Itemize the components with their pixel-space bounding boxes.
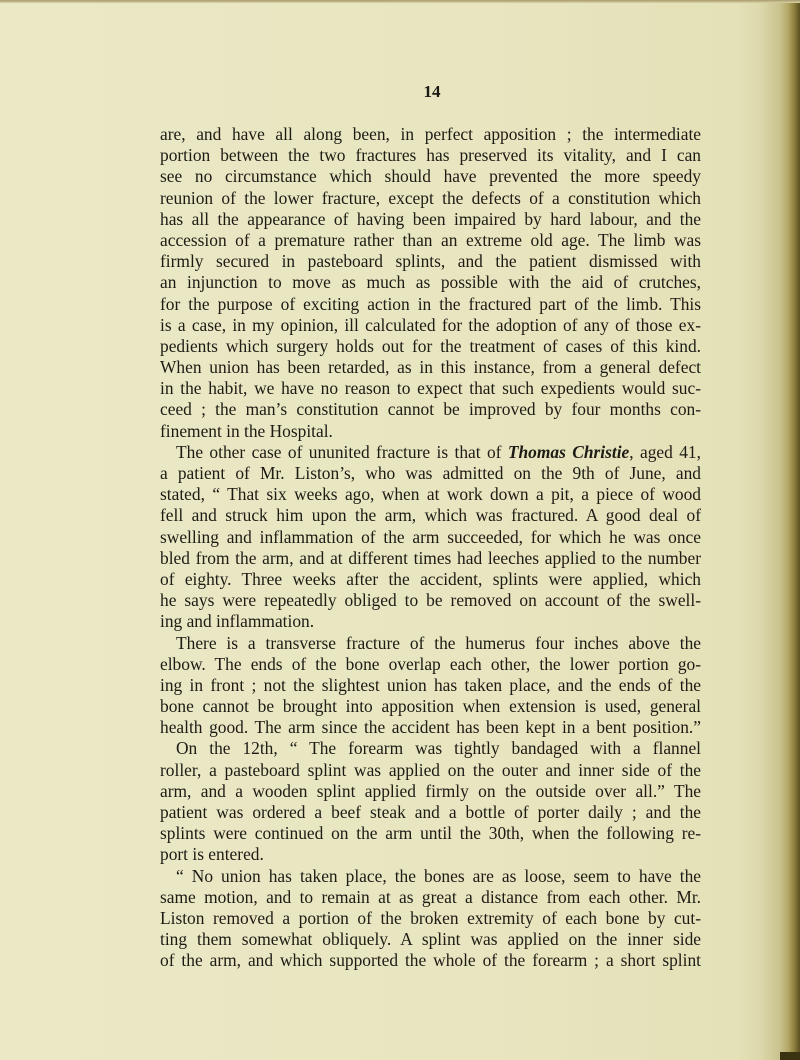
text-line: in the habit, we have no reason to expec… bbox=[160, 378, 701, 399]
text-line: reunion of the lower fracture, except th… bbox=[160, 188, 701, 209]
text-line: elbow. The ends of the bone overlap each… bbox=[160, 654, 701, 675]
text-line: bone cannot be brought into apposition w… bbox=[160, 696, 701, 717]
page-top-edge bbox=[0, 0, 800, 3]
paragraph-4: On the 12th, “ The forearm was tightly b… bbox=[160, 738, 701, 865]
text-line: an injunction to move as much as possibl… bbox=[160, 272, 701, 293]
text-fragment: , aged 41, bbox=[629, 442, 701, 462]
text-line: has all the appearance of having been im… bbox=[160, 209, 701, 230]
text-line: arm, and a wooden splint applied firmly … bbox=[160, 781, 701, 802]
text-line: portion between the two fractures has pr… bbox=[160, 145, 701, 166]
text-line: fell and struck him upon the arm, which … bbox=[160, 505, 701, 526]
text-line: splints were continued on the arm until … bbox=[160, 823, 701, 844]
patient-name: Thomas Christie bbox=[508, 442, 629, 462]
text-line: pedients which surgery holds out for the… bbox=[160, 336, 701, 357]
text-line: port is entered. bbox=[160, 844, 701, 865]
text-line: ceed ; the man’s constitution cannot be … bbox=[160, 399, 701, 420]
text-line: The other case of ununited fracture is t… bbox=[160, 442, 701, 463]
text-line: roller, a pasteboard splint was applied … bbox=[160, 760, 701, 781]
paragraph-5: “ No union has taken place, the bones ar… bbox=[160, 866, 701, 972]
body-text: are, and have all along been, in perfect… bbox=[160, 124, 701, 972]
text-line: When union has been retarded, as in this… bbox=[160, 357, 701, 378]
text-line: firmly secured in pasteboard splints, an… bbox=[160, 251, 701, 272]
text-line: see no circumstance which should have pr… bbox=[160, 166, 701, 187]
text-line: patient was ordered a beef steak and a b… bbox=[160, 802, 701, 823]
text-fragment: The other case of ununited fracture is t… bbox=[176, 442, 508, 462]
text-line: On the 12th, “ The forearm was tightly b… bbox=[160, 738, 701, 759]
book-page: 14 are, and have all along been, in perf… bbox=[0, 0, 800, 1060]
page-corner-shadow bbox=[780, 1052, 800, 1060]
text-line: same motion, and to remain at as great a… bbox=[160, 887, 701, 908]
text-line: of the arm, and which supported the whol… bbox=[160, 950, 701, 971]
text-line: swelling and inflammation of the arm suc… bbox=[160, 527, 701, 548]
text-line: he says were repeatedly obliged to be re… bbox=[160, 590, 701, 611]
text-line: ing in front ; not the slightest union h… bbox=[160, 675, 701, 696]
paragraph-2: The other case of ununited fracture is t… bbox=[160, 442, 701, 633]
text-line: “ No union has taken place, the bones ar… bbox=[160, 866, 701, 887]
text-line: finement in the Hospital. bbox=[160, 421, 701, 442]
text-line: health good. The arm since the accident … bbox=[160, 717, 701, 738]
paragraph-1: are, and have all along been, in perfect… bbox=[160, 124, 701, 442]
text-line: ing and inflammation. bbox=[160, 611, 701, 632]
text-line: accession of a premature rather than an … bbox=[160, 230, 701, 251]
text-line: bled from the arm, and at different time… bbox=[160, 548, 701, 569]
text-line: Liston removed a portion of the broken e… bbox=[160, 908, 701, 929]
text-line: There is a transverse fracture of the hu… bbox=[160, 633, 701, 654]
text-line: a patient of Mr. Liston’s, who was admit… bbox=[160, 463, 701, 484]
text-line: of eighty. Three weeks after the acciden… bbox=[160, 569, 701, 590]
page-number: 14 bbox=[400, 82, 464, 102]
text-line: for the purpose of exciting action in th… bbox=[160, 294, 701, 315]
text-line: stated, “ That six weeks ago, when at wo… bbox=[160, 484, 701, 505]
text-line: are, and have all along been, in perfect… bbox=[160, 124, 701, 145]
text-line: ting them somewhat obliquely. A splint w… bbox=[160, 929, 701, 950]
text-line: is a case, in my opinion, ill calculated… bbox=[160, 315, 701, 336]
paragraph-3: There is a transverse fracture of the hu… bbox=[160, 633, 701, 739]
